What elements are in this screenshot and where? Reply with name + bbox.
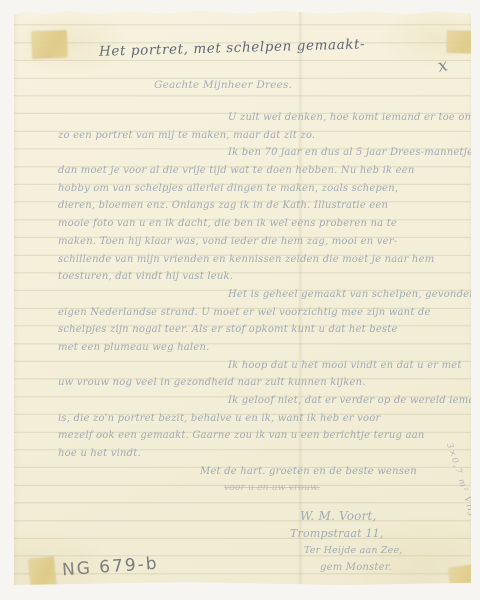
letter-line: Ik ben 70 jaar en dus al 5 jaar Drees-ma…: [58, 144, 480, 162]
letter-body: U zult wel denken, hoe komt iemand er to…: [58, 109, 480, 498]
letter-line: zo een portret van mij te maken, maar da…: [58, 127, 480, 145]
signature-block: W. M. Voort,Trompstraat 11,Ter Heijde aa…: [286, 508, 446, 576]
letter-paper: Het portret, met schelpen gemaakt- x Gea…: [14, 9, 471, 585]
tape-top-left: [32, 30, 68, 58]
signature-line: Ter Heijde aan Zee,: [286, 542, 446, 559]
letter-line: hoe u het vindt.: [58, 445, 480, 463]
letter-line: hobby om van schelpjes allerlei dingen t…: [58, 180, 480, 198]
letter-line: dan moet je voor al die vrije tijd wat t…: [58, 162, 480, 180]
ink-header-annotation: Het portret, met schelpen gemaakt-: [99, 36, 366, 59]
letter-line: schelpjes zijn nogal teer. Als er stof o…: [58, 321, 480, 339]
letter-line: eigen Nederlandse strand. U moet er wel …: [58, 304, 480, 322]
letter-line: U zult wel denken, hoe komt iemand er to…: [58, 109, 480, 127]
scanned-letter-page: { "document": { "kind": "handwritten let…: [0, 0, 480, 600]
tape-bottom-right: [448, 564, 480, 592]
signature-line: gem Monster.: [286, 559, 446, 576]
letter-line: Ik hoop dat u het mooi vindt en dat u er…: [58, 357, 480, 375]
tape-top-right: [447, 31, 480, 54]
letter-line: Met de hart. groeten en de beste wensen: [58, 463, 480, 481]
letter-line: schillende van mijn vrienden en kennisse…: [58, 251, 480, 269]
letter-line: dieren, bloemen enz. Onlangs zag ik in d…: [58, 197, 480, 215]
letter-line: met een plumeau weg halen.: [58, 339, 480, 357]
tape-bottom-left: [28, 557, 56, 590]
letter-line: mezelf ook een gemaakt. Gaarne zou ik va…: [58, 427, 480, 445]
letter-line: mooie foto van u en ik dacht, die ben ik…: [58, 215, 480, 233]
letter-line: uw vrouw nog veel in gezondheid naar zul…: [58, 374, 480, 392]
signature-line: Trompstraat 11,: [286, 525, 446, 542]
letter-line: is, die zo'n portret bezit, behalve u en…: [58, 410, 480, 428]
letter-line: Het is geheel gemaakt van schelpen, gevo…: [58, 286, 480, 304]
letter-line: maken. Toen hij klaar was, vond ieder di…: [58, 233, 480, 251]
letter-line: toesturen, dat vindt hij vast leuk.: [58, 268, 480, 286]
signature-line: W. M. Voort,: [286, 508, 446, 525]
pencil-x-mark: x: [436, 55, 450, 77]
letter-line: Ik geloof niet, dat er verder op de were…: [58, 392, 480, 410]
inventory-number: NG 679-b: [61, 554, 159, 581]
letter-line: voor u en uw vrouw.: [58, 480, 480, 498]
salutation: Geachte Mijnheer Drees.: [154, 79, 292, 91]
